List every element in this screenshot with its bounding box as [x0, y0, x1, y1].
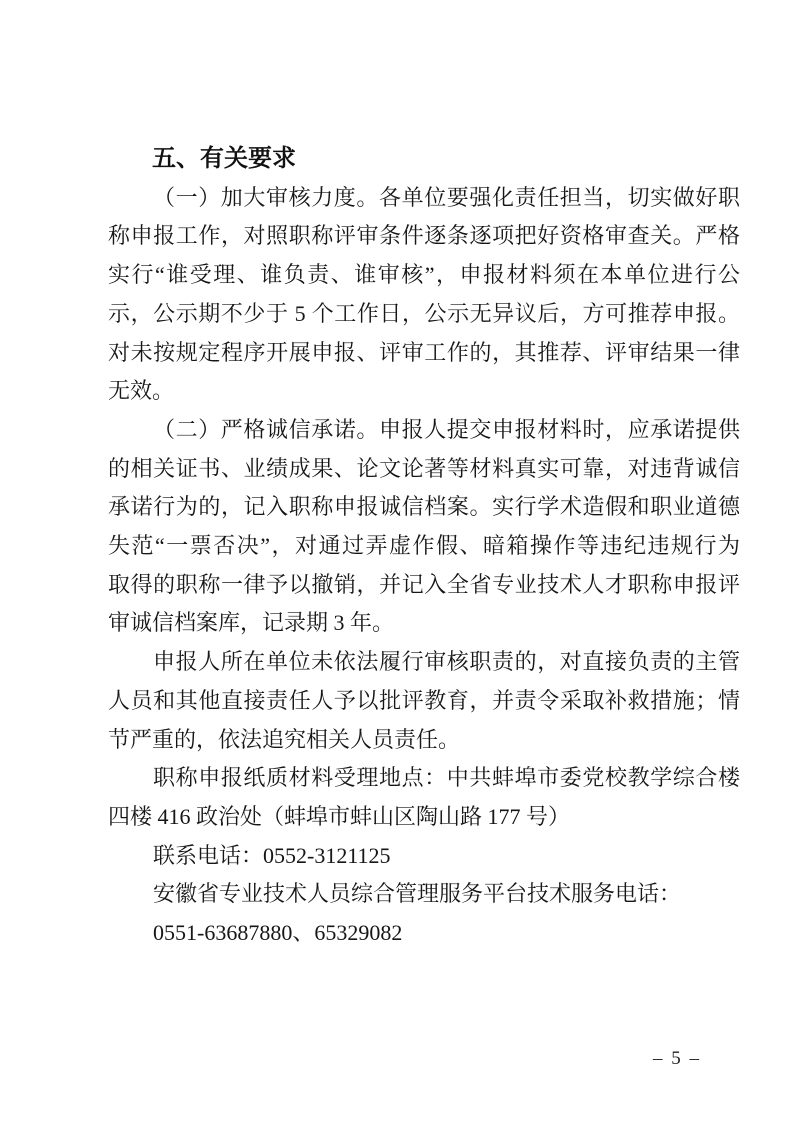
text-line: 安徽省专业技术人员综合管理服务平台技术服务电话： — [108, 875, 740, 914]
text-line: 审诚信档案库，记录期 3 年。 — [108, 604, 740, 643]
text-line: 职称申报纸质材料受理地点：中共蚌埠市委党校教学综合楼 — [108, 759, 740, 798]
text-line: 节严重的，依法追究相关人员责任。 — [108, 721, 740, 760]
text-line: 示，公示期不少于 5 个工作日，公示无异议后，方可推荐申报。 — [108, 295, 740, 334]
paragraph-unit-responsibility: 申报人所在单位未依法履行审核职责的，对直接负责的主管 人员和其他直接责任人予以批… — [108, 643, 740, 759]
paragraph-integrity-commitment: （二）严格诚信承诺。申报人提交申报材料时，应承诺提供 的相关证书、业绩成果、论文… — [108, 411, 740, 643]
text-line: 的相关证书、业绩成果、论文论著等材料真实可靠，对违背诚信 — [108, 450, 740, 489]
text-line: （一）加大审核力度。各单位要强化责任担当，切实做好职 — [108, 179, 740, 218]
text-line: （二）严格诚信承诺。申报人提交申报材料时，应承诺提供 — [108, 411, 740, 450]
text-line: 实行“谁受理、谁负责、谁审核”，申报材料须在本单位进行公 — [108, 256, 740, 295]
text-line: 失范“一票否决”，对通过弄虚作假、暗箱操作等违纪违规行为 — [108, 527, 740, 566]
paragraph-contact-phone: 联系电话：0552-3121125 — [108, 837, 740, 876]
text-line: 申报人所在单位未依法履行审核职责的，对直接负责的主管 — [108, 643, 740, 682]
section-heading: 五、有关要求 — [108, 140, 740, 179]
text-line: 对未按规定程序开展申报、评审工作的，其推荐、评审结果一律 — [108, 334, 740, 373]
text-line: 联系电话：0552-3121125 — [108, 837, 740, 876]
page-number: – 5 – — [640, 1048, 714, 1070]
text-line: 人员和其他直接责任人予以批评教育，并责令采取补救措施；情 — [108, 682, 740, 721]
text-line: 0551-63687880、65329082 — [108, 914, 740, 953]
text-line: 承诺行为的，记入职称申报诚信档案。实行学术造假和职业道德 — [108, 488, 740, 527]
text-line: 四楼 416 政治处（蚌埠市蚌山区陶山路 177 号） — [108, 798, 740, 837]
text-line: 取得的职称一律予以撤销，并记入全省专业技术人才职称申报评 — [108, 566, 740, 605]
document-body: 五、有关要求 （一）加大审核力度。各单位要强化责任担当，切实做好职 称申报工作，… — [108, 140, 740, 953]
text-line: 称申报工作，对照职称评审条件逐条逐项把好资格审查关。严格 — [108, 217, 740, 256]
paragraph-platform-service: 安徽省专业技术人员综合管理服务平台技术服务电话： — [108, 875, 740, 914]
document-page: 五、有关要求 （一）加大审核力度。各单位要强化责任担当，切实做好职 称申报工作，… — [0, 0, 800, 1131]
paragraph-audit-strength: （一）加大审核力度。各单位要强化责任担当，切实做好职 称申报工作，对照职称评审条… — [108, 179, 740, 411]
text-line: 无效。 — [108, 372, 740, 411]
paragraph-submission-address: 职称申报纸质材料受理地点：中共蚌埠市委党校教学综合楼 四楼 416 政治处（蚌埠… — [108, 759, 740, 836]
paragraph-platform-numbers: 0551-63687880、65329082 — [108, 914, 740, 953]
